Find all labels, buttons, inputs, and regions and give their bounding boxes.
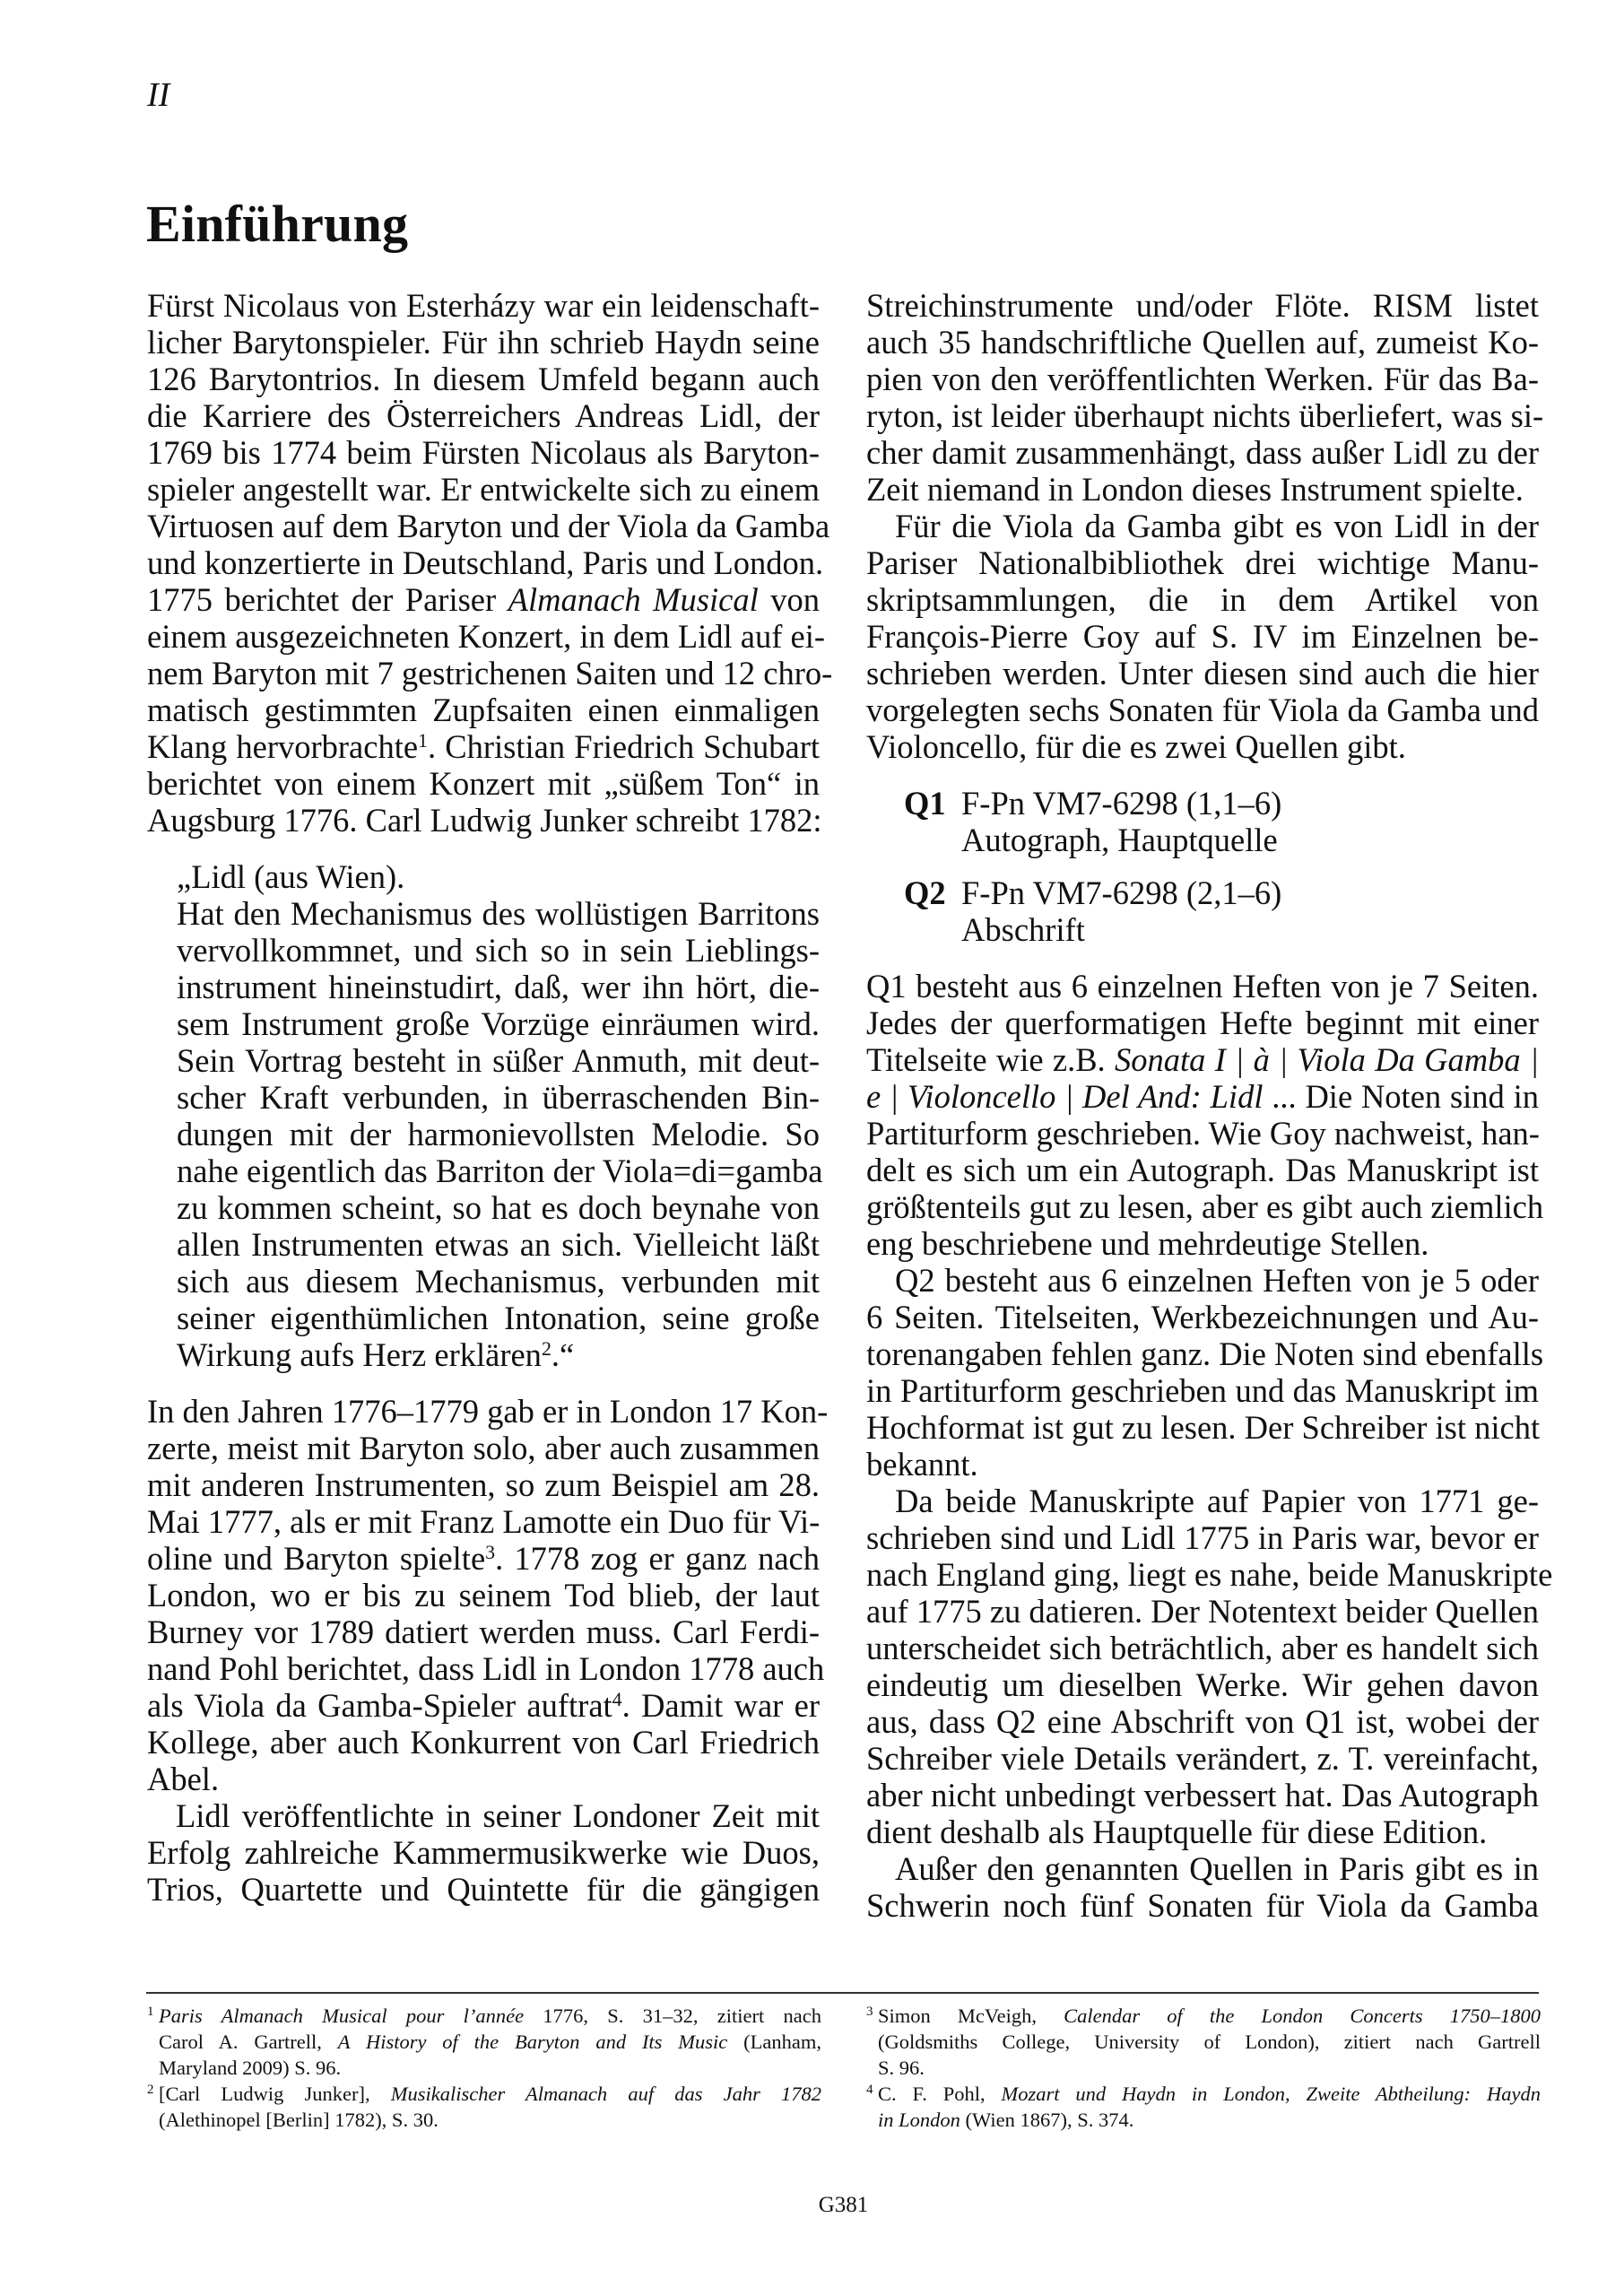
quote-line: scher Kraft verbunden, in überraschenden… [177,1079,820,1116]
footnote-1: 1 Paris Almanach Musical pour l’année 17… [147,2003,821,2081]
text-line: In den Jahren 1776–1779 gab er in London… [147,1393,820,1430]
quote-line: Wirkung aufs Herz erklären2.“ [177,1336,820,1373]
text-line: auf 1775 zu datieren. Der Notentext beid… [866,1593,1539,1630]
paragraph-publications: Lidl veröffentlichte in seiner Londoner … [147,1797,820,1908]
text-line: oline und Baryton spielte3. 1778 zog er … [147,1540,820,1577]
source-list: Q1 F-Pn VM7-6298 (1,1–6) Autograph, Haup… [866,785,1539,948]
text-line: Schreiber viele Details verändert, z. T.… [866,1740,1539,1777]
text-line: als Viola da Gamba-Spieler auftrat4. Dam… [147,1687,820,1724]
text-line: torenangaben fehlen ganz. Die Noten sind… [866,1335,1539,1372]
paragraph-viola-da-gamba: Für die Viola da Gamba gibt es von Lidl … [866,508,1539,765]
text-line: Lidl veröffentlichte in seiner Londoner … [147,1797,820,1834]
paragraph-dating: Da beide Manuskripte auf Papier von 1771… [866,1483,1539,1850]
text-line: e | Violoncello | Del And: Lidl ... Die … [866,1078,1539,1115]
paragraph-schwerin: Außer den genannten Quellen in Paris gib… [866,1850,1539,1924]
text-line: delt es sich um ein Autograph. Das Manus… [866,1152,1539,1188]
text-line: eng beschriebene und mehrdeutige Stellen… [866,1225,1539,1262]
text-line: vorgelegten sechs Sonaten für Viola da G… [866,691,1539,728]
footnotes-right: 3 Simon McVeigh, Calendar of the London … [866,2003,1541,2133]
text-line: 6 Seiten. Titelseiten, Werkbezeichnungen… [866,1299,1539,1335]
left-column: Fürst Nicolaus von Esterházy war ein lei… [147,287,820,1908]
text-line: 1769 bis 1774 beim Fürsten Nicolaus als … [147,434,820,471]
text-line: aus, dass Q2 eine Abschrift von Q1 ist, … [866,1703,1539,1740]
page-title: Einführung [146,196,408,253]
source-item-q1-desc: Autograph, Hauptquelle [866,822,1539,858]
text-line: Außer den genannten Quellen in Paris gib… [866,1850,1539,1887]
text-line: berichtet von einem Konzert mit „süßem T… [147,765,820,802]
text-line: Kollege, aber auch Konkurrent von Carl F… [147,1724,820,1761]
text-line: Für die Viola da Gamba gibt es von Lidl … [866,508,1539,544]
text-line: nand Pohl berichtet, dass Lidl in London… [147,1650,820,1687]
source-description: Abschrift [961,911,1085,948]
paragraph-london: In den Jahren 1776–1779 gab er in London… [147,1393,820,1797]
footnote-ref-4[interactable]: 4 [612,1688,622,1710]
footnote-ref-2[interactable]: 2 [542,1337,551,1360]
text-line: Virtuosen auf dem Baryton und der Viola … [147,508,820,544]
text-line: Augsburg 1776. Carl Ludwig Junker schrei… [147,802,820,839]
text-line: die Karriere des Österreichers Andreas L… [147,397,820,434]
footnote-ref-3[interactable]: 3 [485,1541,495,1563]
text-line: auch 35 handschriftliche Quellen auf, zu… [866,324,1539,361]
text-line: Abel. [147,1761,820,1797]
quote-line: allen Instrumenten etwas an sich. Vielle… [177,1226,820,1263]
footnote-3: 3 Simon McVeigh, Calendar of the London … [866,2003,1541,2081]
text-line: einem ausgezeichneten Konzert, in dem Li… [147,618,820,655]
text-line: spieler angestellt war. Er entwickelte s… [147,471,820,508]
quote-line: instrument hineinstudirt, daß, wer ihn h… [177,969,820,1005]
text-line: London, wo er bis zu seinem Tod blieb, d… [147,1577,820,1613]
text-line: schrieben werden. Unter diesen sind auch… [866,655,1539,691]
quote-line: nahe eigentlich das Barriton der Viola=d… [177,1152,820,1189]
source-item-q2: Q2 F-Pn VM7-6298 (2,1–6) [866,874,1539,911]
source-item-q2-desc: Abschrift [866,911,1539,948]
source-label: Q1 [904,785,946,822]
text-line: Zeit niemand in London dieses Instrument… [866,471,1539,508]
footnote-number: 2 [147,2077,154,2103]
text-line: Trios, Quartette und Quintette für die g… [147,1871,820,1908]
text-line: Q1 besteht aus 6 einzelnen Heften von je… [866,968,1539,1004]
text-line: dient deshalb als Hauptquelle für diese … [866,1813,1539,1850]
quote-line: seiner eigenthümlichen Intonation, seine… [177,1300,820,1336]
source-item-q1: Q1 F-Pn VM7-6298 (1,1–6) [866,785,1539,822]
quote-line: „Lidl (aus Wien). [177,858,820,895]
footnote-ref-1[interactable]: 1 [418,729,428,752]
text-line: größtenteils gut zu lesen, aber es gibt … [866,1188,1539,1225]
text-line: matisch gestimmten Zupfsaiten einen einm… [147,691,820,728]
text-line: und konzertierte in Deutschland, Paris u… [147,544,820,581]
text-line: Hochformat ist gut zu lesen. Der Schreib… [866,1409,1539,1446]
quote-line: zu kommen scheint, so hat es doch beynah… [177,1189,820,1226]
quote-line: Hat den Mechanismus des wollüstigen Barr… [177,895,820,932]
text-line: Burney vor 1789 datiert werden muss. Car… [147,1613,820,1650]
text-line: Streichinstrumente und/oder Flöte. RISM … [866,287,1539,324]
text-line: Klang hervorbrachte1. Christian Friedric… [147,728,820,765]
italic-title: Sonata I | à | Viola Da Gamba | [1115,1041,1539,1078]
source-label: Q2 [904,874,946,911]
text-line: ryton, ist leider überhaupt nichts überl… [866,397,1539,434]
page-number: II [147,77,169,113]
text-line: Schwerin noch fünf Sonaten für Viola da … [866,1887,1539,1924]
italic-title: Almanach Musical [508,581,759,618]
quote-line: Sein Vortrag besteht in süßer Anmuth, mi… [177,1042,820,1079]
footnote-number: 4 [866,2077,873,2103]
text-line: François-Pierre Goy auf S. IV im Einzeln… [866,618,1539,655]
text-line: 126 Barytontrios. In diesem Umfeld began… [147,361,820,397]
footnote-number: 3 [866,1999,873,2025]
quote-line: sem Instrument große Vorzüge einräumen w… [177,1005,820,1042]
text-line: bekannt. [866,1446,1539,1483]
text-line: nem Baryton mit 7 gestrichenen Saiten un… [147,655,820,691]
source-description: Autograph, Hauptquelle [961,822,1278,858]
text-line: Q2 besteht aus 6 einzelnen Heften von je… [866,1262,1539,1299]
paragraph-rism: Streichinstrumente und/oder Flöte. RISM … [866,287,1539,508]
paragraph-intro: Fürst Nicolaus von Esterházy war ein lei… [147,287,820,839]
right-column: Streichinstrumente und/oder Flöte. RISM … [866,287,1539,1924]
text-line: Violoncello, für die es zwei Quellen gib… [866,728,1539,765]
text-line: Fürst Nicolaus von Esterházy war ein lei… [147,287,820,324]
text-line: eindeutig um dieselben Werke. Wir gehen … [866,1666,1539,1703]
text-line: Mai 1777, als er mit Franz Lamotte ein D… [147,1503,820,1540]
text-line: Titelseite wie z.B. Sonata I | à | Viola… [866,1041,1539,1078]
footnote-4: 4 C. F. Pohl, Mozart und Haydn in London… [866,2081,1541,2133]
text-line: schrieben sind und Lidl 1775 in Paris wa… [866,1519,1539,1556]
text-line: Jedes der querformatigen Hefte beginnt m… [866,1004,1539,1041]
text-line: mit anderen Instrumenten, so zum Beispie… [147,1466,820,1503]
text-line: pien von den veröffentlichten Werken. Fü… [866,361,1539,397]
text-line: aber nicht unbedingt verbessert hat. Das… [866,1777,1539,1813]
text-line: 1775 berichtet der Pariser Almanach Musi… [147,581,820,618]
footnote-2: 2 [Carl Ludwig Junker], Musikalischer Al… [147,2081,821,2133]
text-line: licher Barytonspieler. Für ihn schrieb H… [147,324,820,361]
text-line: skriptsammlungen, die in dem Artikel von [866,581,1539,618]
quote-line: sich aus diesem Mechanismus, verbunden m… [177,1263,820,1300]
text-line: in Partiturform geschrieben und das Manu… [866,1372,1539,1409]
text-line: zerte, meist mit Baryton solo, aber auch… [147,1430,820,1466]
text-line: Partiturform geschrieben. Wie Goy nachwe… [866,1115,1539,1152]
quote-line: dungen mit der harmonievollsten Melodie.… [177,1116,820,1152]
italic-title: e | Violoncello | Del And: Lidl [866,1078,1263,1115]
text-line: Da beide Manuskripte auf Papier von 1771… [866,1483,1539,1519]
text-line: unterscheidet sich beträchtlich, aber es… [866,1630,1539,1666]
footnote-number: 1 [147,1999,154,2025]
source-signature: F-Pn VM7-6298 (1,1–6) [961,785,1281,822]
footnote-divider [146,1992,1539,1994]
text-line: Erfolg zahlreiche Kammermusikwerke wie D… [147,1834,820,1871]
footnotes-left: 1 Paris Almanach Musical pour l’année 17… [147,2003,821,2133]
quote-line: vervollkommnet, und sich so in sein Lieb… [177,932,820,969]
paragraph-q2: Q2 besteht aus 6 einzelnen Heften von je… [866,1262,1539,1483]
page-footer-number: G381 [0,2192,1624,2219]
block-quote: „Lidl (aus Wien). Hat den Mechanismus de… [147,858,820,1373]
source-signature: F-Pn VM7-6298 (2,1–6) [961,874,1281,911]
text-line: cher damit zusammenhängt, dass außer Lid… [866,434,1539,471]
text-line: Pariser Nationalbibliothek drei wichtige… [866,544,1539,581]
text-line: nach England ging, liegt es nahe, beide … [866,1556,1539,1593]
paragraph-q1: Q1 besteht aus 6 einzelnen Heften von je… [866,968,1539,1262]
